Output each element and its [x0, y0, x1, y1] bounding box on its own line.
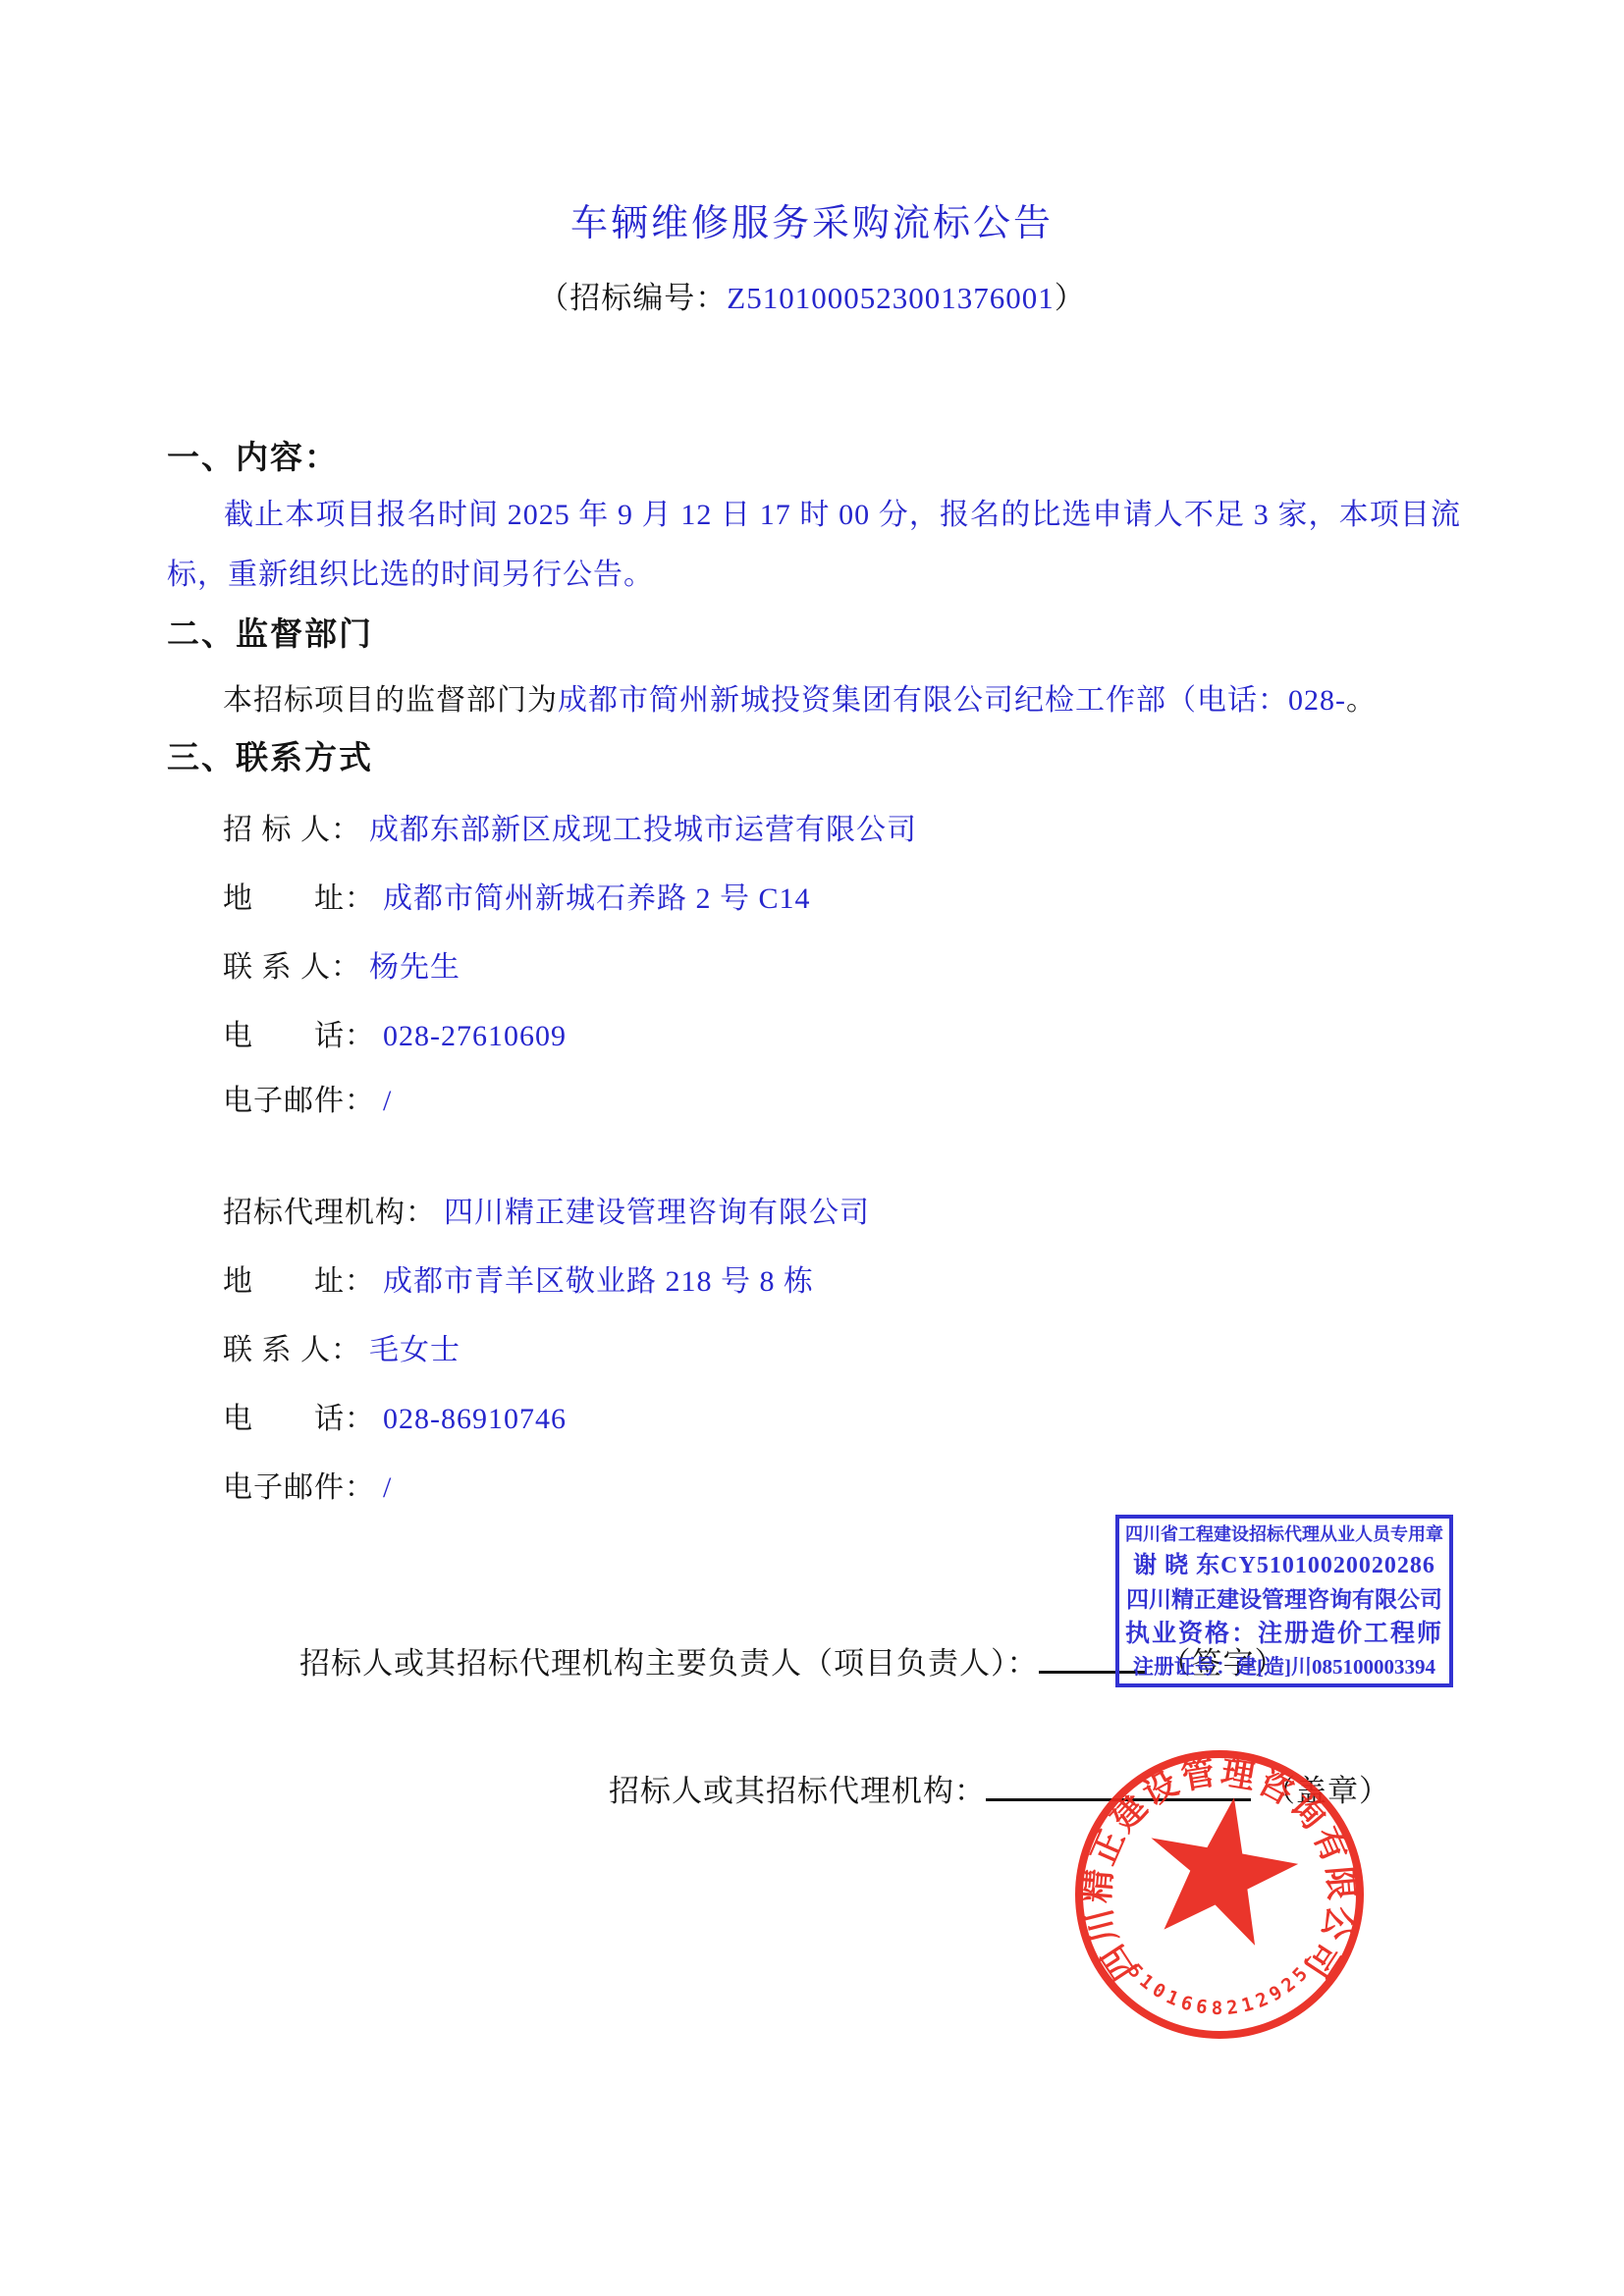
agency-phone-label: 电 话： — [223, 1403, 375, 1435]
bidder-name-value: 成都东部新区成现工投城市运营有限公司 — [369, 814, 917, 846]
agency-email-row: 电子邮件：/ — [223, 1463, 392, 1506]
section2-body-highlight: 成都市简州新城投资集团有限公司纪检工作部（电话：028- — [558, 684, 1346, 717]
bid-number: Z5101000523001376001 — [727, 281, 1054, 315]
page-title: 车辆维修服务采购流标公告 — [0, 192, 1624, 246]
seal-serial-text: 5101668212925 — [1123, 1960, 1315, 2020]
agent-stamp-line-name: 谢 晓 东CY51010020020286 — [1133, 1554, 1435, 1577]
agent-stamp-line-qualification: 执业资格：注册造价工程师 — [1125, 1622, 1443, 1646]
bidder-phone-row: 电 话：028-27610609 — [223, 1011, 567, 1054]
document-page: 车辆维修服务采购流标公告 （招标编号：Z5101000523001376001）… — [0, 0, 1624, 2296]
agency-email-label: 电子邮件： — [223, 1471, 375, 1504]
company-seal-stamp: 四川精正建设管理咨询有限公司 5101668212925 — [1058, 1745, 1382, 2069]
agent-stamp-line-certno: 注册证号：建[造]川085100003394 — [1133, 1657, 1435, 1678]
agency-signature-label: 招标人或其招标代理机构： — [609, 1774, 986, 1808]
section1-heading: 一、内容： — [167, 432, 339, 478]
section2-body: 本招标项目的监督部门为成都市简州新城投资集团有限公司纪检工作部（电话：028-。 — [223, 675, 1539, 719]
seal-star-icon — [1151, 1797, 1298, 1946]
bidder-email-label: 电子邮件： — [223, 1085, 375, 1117]
bidder-email-value: / — [383, 1085, 392, 1117]
bid-number-suffix: ） — [1055, 281, 1086, 315]
bid-number-line: （招标编号：Z5101000523001376001） — [0, 273, 1624, 317]
agency-address-label: 地 址： — [223, 1265, 375, 1298]
agency-phone-value: 028-86910746 — [383, 1403, 567, 1435]
agency-email-value: / — [383, 1471, 392, 1504]
bidder-address-label: 地 址： — [223, 882, 375, 915]
bidder-phone-label: 电 话： — [223, 1020, 375, 1052]
section2-heading: 二、监督部门 — [167, 609, 373, 655]
bidder-name-row: 招 标 人：成都东部新区成现工投城市运营有限公司 — [223, 805, 917, 848]
bidder-name-label: 招 标 人： — [223, 814, 361, 846]
bidder-phone-value: 028-27610609 — [383, 1020, 567, 1052]
bidder-address-row: 地 址：成都市简州新城石养路 2 号 C14 — [223, 874, 811, 917]
agency-address-value: 成都市青羊区敬业路 218 号 8 栋 — [383, 1265, 814, 1298]
agency-contact-label: 联 系 人： — [223, 1334, 361, 1366]
agency-phone-row: 电 话：028-86910746 — [223, 1394, 567, 1437]
section2-body-suffix: 。 — [1346, 684, 1377, 717]
agency-name-label: 招标代理机构： — [223, 1197, 436, 1229]
bidder-contact-value: 杨先生 — [369, 951, 460, 984]
agency-contact-row: 联 系 人：毛女士 — [223, 1325, 460, 1368]
principal-signature-label: 招标人或其招标代理机构主要负责人（项目负责人）： — [299, 1646, 1039, 1681]
bid-number-prefix: （招标编号： — [538, 281, 727, 315]
bidder-contact-row: 联 系 人：杨先生 — [223, 942, 460, 986]
section2-body-prefix: 本招标项目的监督部门为 — [223, 684, 558, 717]
bidder-address-value: 成都市简州新城石养路 2 号 C14 — [383, 882, 811, 915]
agency-name-row: 招标代理机构：四川精正建设管理咨询有限公司 — [223, 1188, 870, 1231]
agent-stamp-line-title: 四川省工程建设招标代理从业人员专用章 — [1125, 1525, 1443, 1543]
agency-address-row: 地 址：成都市青羊区敬业路 218 号 8 栋 — [223, 1256, 814, 1300]
bidder-contact-label: 联 系 人： — [223, 951, 361, 984]
section1-body: 截止本项目报名时间 2025 年 9 月 12 日 17 时 00 分，报名的比… — [167, 485, 1461, 605]
agency-name-value: 四川精正建设管理咨询有限公司 — [444, 1197, 870, 1229]
agency-contact-value: 毛女士 — [369, 1334, 460, 1366]
section3-heading: 三、联系方式 — [167, 732, 373, 778]
agent-qualification-stamp: 四川省工程建设招标代理从业人员专用章 谢 晓 东CY51010020020286… — [1115, 1515, 1453, 1687]
agent-stamp-line-company: 四川精正建设管理咨询有限公司 — [1126, 1588, 1442, 1611]
bidder-email-row: 电子邮件：/ — [223, 1076, 392, 1119]
